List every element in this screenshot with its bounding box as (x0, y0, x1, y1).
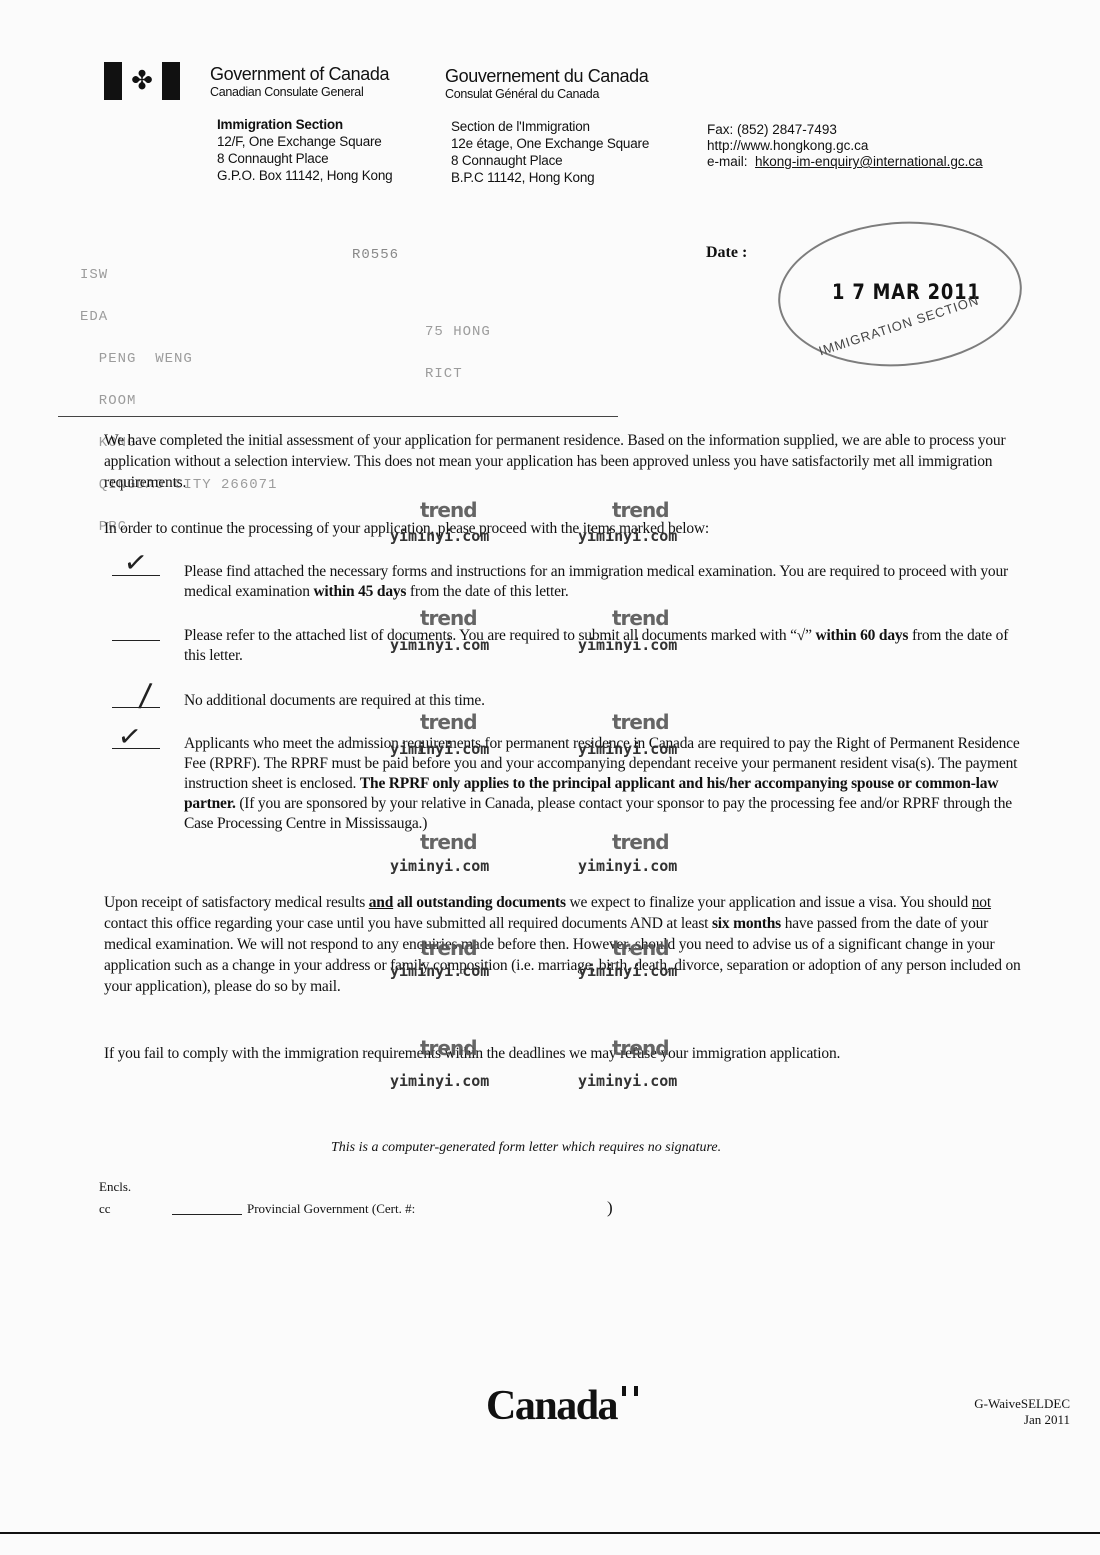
canada-wordmark: Canada (486, 1382, 617, 1430)
watermark-logo: trend (420, 710, 477, 734)
text-bold: six months (712, 915, 781, 932)
watermark-logo: trend (612, 710, 669, 734)
watermark-text: yiminyi.com (578, 962, 677, 980)
recipient-line: PENG WENG (80, 352, 277, 366)
address-line: 8 Connaught Place (451, 152, 649, 169)
watermark-logo: trend (612, 936, 669, 960)
item-deadline: within 60 days (815, 627, 908, 644)
bottom-divider (0, 1532, 1100, 1534)
address-line: Section de l'Immigration (451, 118, 649, 135)
warning-paragraph: If you fail to comply with the immigrati… (104, 1043, 1034, 1064)
form-code: G-WaiveSELDEC Jan 2011 (956, 1396, 1070, 1428)
watermark-logo: trend (612, 830, 669, 854)
address-line: G.P.O. Box 11142, Hong Kong (217, 167, 392, 184)
item-text: Please refer to the attached list of doc… (184, 627, 815, 644)
divider (58, 416, 618, 417)
text: contact this office regarding your case … (104, 915, 712, 932)
watermark-text: yiminyi.com (578, 857, 677, 875)
closing-paragraph: Upon receipt of satisfactory medical res… (104, 892, 1034, 997)
enclosures-label: Encls. (99, 1179, 131, 1195)
text: Upon receipt of satisfactory medical res… (104, 894, 369, 911)
cert-close-paren: ) (607, 1198, 613, 1218)
item-text: No additional documents are required at … (184, 692, 485, 709)
address-line: B.P.C 11142, Hong Kong (451, 169, 649, 186)
watermark-text: yiminyi.com (390, 740, 489, 758)
watermark-text: yiminyi.com (578, 636, 677, 654)
english-subtitle: Canadian Consulate General (210, 84, 389, 100)
watermark-logo: trend (420, 498, 477, 522)
item-deadline: within 45 days (313, 583, 406, 600)
email-link[interactable]: hkong-im-enquiry@international.gc.ca (755, 154, 983, 169)
recipient-line: 75 HONG (425, 325, 491, 339)
text-underline: not (972, 894, 991, 911)
address-line: 12e étage, One Exchange Square (451, 135, 649, 152)
watermark-logo: trend (612, 498, 669, 522)
watermark-text: yiminyi.com (578, 740, 677, 758)
provincial-government-label: Provincial Government (Cert. #: (247, 1201, 415, 1217)
header-english: Government of Canada Canadian Consulate … (210, 64, 389, 100)
english-title: Government of Canada (210, 64, 389, 84)
watermark-text: yiminyi.com (390, 962, 489, 980)
fax-number: Fax: (852) 2847-7493 (707, 122, 983, 138)
form-code-id: G-WaiveSELDEC (956, 1396, 1070, 1412)
recipient-line: EDA (80, 310, 277, 324)
item-text: from the date of this letter. (406, 583, 568, 600)
checkmark-icon: ✓ (122, 545, 150, 581)
website-link[interactable]: http://www.hongkong.gc.ca (707, 138, 983, 154)
french-subtitle: Consulat Général du Canada (445, 86, 648, 102)
computer-generated-note: This is a computer-generated form letter… (331, 1140, 721, 1156)
reference-number: R0556 (352, 248, 399, 262)
french-address: Section de l'Immigration 12e étage, One … (451, 118, 649, 186)
recipient-line: ISW (80, 268, 277, 282)
cc-blank-line (172, 1214, 242, 1215)
text-underline: and (369, 894, 393, 911)
date-label: Date : (706, 244, 747, 262)
recipient-line: ROOM (80, 394, 277, 408)
header-french: Gouvernement du Canada Consulat Général … (445, 66, 648, 102)
watermark-text: yiminyi.com (578, 1072, 677, 1090)
watermark-logo: trend (420, 606, 477, 630)
text-bold: all outstanding documents (393, 894, 566, 911)
watermark-logo: trend (420, 1036, 477, 1060)
watermark-text: yiminyi.com (578, 527, 677, 545)
contact-info: Fax: (852) 2847-7493 http://www.hongkong… (707, 122, 983, 170)
canada-wordmark-flag-icon (622, 1386, 638, 1396)
watermark-text: yiminyi.com (390, 857, 489, 875)
address-line: 12/F, One Exchange Square (217, 133, 392, 150)
address-line: 8 Connaught Place (217, 150, 392, 167)
email-label: e-mail: (707, 154, 748, 169)
form-code-date: Jan 2011 (956, 1412, 1070, 1428)
watermark-logo: trend (420, 830, 477, 854)
french-title: Gouvernement du Canada (445, 66, 648, 86)
english-address: Immigration Section 12/F, One Exchange S… (217, 116, 392, 184)
checkmark-icon: / (137, 675, 153, 714)
text: we expect to finalize your application a… (566, 894, 972, 911)
watermark-text: yiminyi.com (390, 636, 489, 654)
canada-flag-icon: ✤ (104, 62, 180, 100)
checkbox-line-documents (112, 640, 160, 641)
watermark-text: yiminyi.com (390, 1072, 489, 1090)
watermark-text: yiminyi.com (390, 527, 489, 545)
recipient-line: RICT (425, 367, 491, 381)
address-line: Immigration Section (217, 116, 392, 133)
item-text: (If you are sponsored by your relative i… (184, 795, 1012, 832)
checkbox-line-no-documents (112, 707, 160, 708)
item-medical: Please find attached the necessary forms… (184, 562, 1024, 602)
recipient-address: ISW EDA PENG WENG ROOM KONG QINGDAO CITY… (80, 240, 277, 548)
watermark-logo: trend (420, 936, 477, 960)
item-no-documents: No additional documents are required at … (184, 691, 1024, 711)
checkmark-icon: ✓ (116, 719, 144, 755)
cc-label: cc (99, 1201, 111, 1217)
recipient-address-right: 75 HONG RICT (425, 297, 491, 395)
watermark-logo: trend (612, 1036, 669, 1060)
watermark-logo: trend (612, 606, 669, 630)
item-text: Please find attached the necessary forms… (184, 563, 1008, 600)
intro-paragraph: We have completed the initial assessment… (104, 430, 1034, 493)
instruction-text: In order to continue the processing of y… (104, 518, 1034, 539)
